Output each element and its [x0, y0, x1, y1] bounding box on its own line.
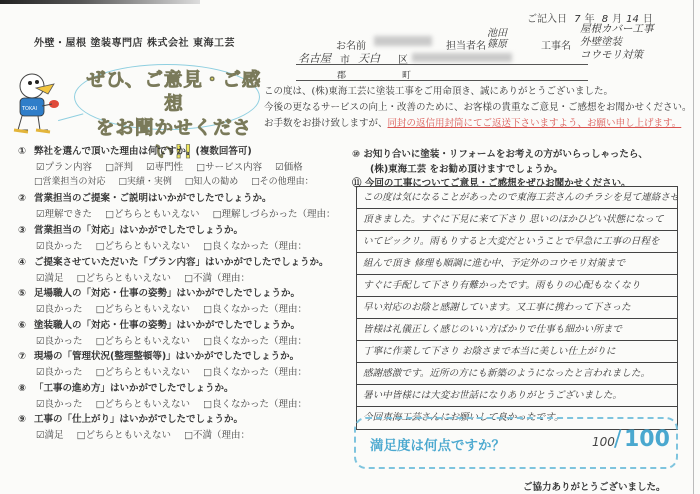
q6-options: ☑良かった □どちらともいえない □良くなかった（理由： [36, 333, 317, 347]
q4-opt-1[interactable]: ☑満足 [36, 273, 64, 284]
q3-opt-2[interactable]: □どちらともいえない [96, 241, 190, 252]
q10-num: ⑩ [352, 149, 360, 160]
q9-opt-1[interactable]: ☑満足 [36, 430, 64, 441]
question-9: ⑨工事の「仕上がり」はいかがでしたでしょうか。 [18, 411, 243, 425]
satisfaction-question: 満足度は何点ですか？ [370, 434, 505, 454]
q5-text: 足場職人の「対応・仕事の姿勢」はいかがでしたでしょうか。 [34, 288, 300, 299]
q3-opt-1[interactable]: ☑良かった [36, 241, 83, 252]
q10-line-1: お知り合いに塗装・リフォームをお考えの方がいらっしゃったら、 [363, 149, 648, 160]
question-5: ⑤足場職人の「対応・仕事の姿勢」はいかがでしたでしょうか。 [18, 285, 300, 299]
intro-line-1: この度は、(株)東海工芸に塗装工事をご用命頂き、誠にありがとうございました。 [264, 84, 692, 100]
svg-text:TOKAI: TOKAI [21, 106, 37, 112]
q1-opt-referral[interactable]: □知人の勧め [185, 177, 239, 187]
intro-line-3: お手数をお掛け致しますが、同封の返信用封筒にてご返送下さいますよう、お願い申し上… [264, 116, 692, 132]
q7-opt-2[interactable]: □どちらともいえない [96, 367, 190, 378]
banner-line-1: ぜひ、ご意見・ご感想 [84, 69, 264, 117]
q5-opt-3[interactable]: □良くなかった（理由： [203, 304, 307, 315]
duck-mascot-icon: TOKAI [8, 68, 68, 136]
return-envelope-note: 同封の返信用封筒にてご返送下さいますよう、お願い申し上げます。 [388, 118, 682, 129]
q6-opt-1[interactable]: ☑良かった [36, 336, 83, 347]
q8-text: 「工事の進め方」はいかがでしたでしょうか。 [34, 383, 234, 394]
q7-options: ☑良かった □どちらともいえない □良くなかった（理由： [36, 364, 317, 378]
q2-opt-2[interactable]: □どちらともいえない [105, 209, 199, 220]
work-label: 工事名 [541, 37, 571, 52]
q6-opt-2[interactable]: □どちらともいえない [96, 336, 190, 347]
comment-line: 組んで頂き 修理も順調に進む中、予定外のコウモリ対策まで [357, 253, 677, 275]
q6-num: ⑥ [18, 320, 34, 331]
q9-opt-3[interactable]: □不満（理由： [184, 430, 250, 441]
q1-opt-plan[interactable]: ☑プラン内容 [36, 162, 92, 173]
q4-text: ご提案させていただいた「プラン内容」はいかがでしたでしょうか。 [34, 257, 329, 268]
q8-opt-3[interactable]: □良くなかった（理由： [203, 399, 307, 410]
q1-options: ☑プラン内容 □評判 ☑専門性 □サービス内容 ☑価格 [36, 159, 313, 173]
comment-line: すぐに手配して下さり有難かったです。雨もりの心配もなくなり [357, 275, 677, 297]
q1-opt-record[interactable]: □実績・実例 [118, 177, 172, 187]
comment-line: 丁寧に作業して下さり お陰さまで本当に美しい仕上がりに [357, 341, 677, 363]
thanks-footer: ご協力ありがとうございました。 [523, 479, 666, 493]
staff-names: 池田 篠原 [487, 28, 507, 50]
page-edge-line [693, 0, 694, 494]
q5-opt-1[interactable]: ☑良かった [36, 304, 83, 315]
q1-options-2: □営業担当の対応 □実績・実例 □知人の勧め □その他理由： [34, 174, 324, 187]
q2-num: ② [18, 193, 34, 204]
redacted-name [374, 36, 432, 46]
question-7: ⑦現場の「管理状況(整理整頓等)」はいかがでしたでしょうか。 [18, 348, 299, 362]
q7-num: ⑦ [18, 351, 34, 362]
q5-opt-2[interactable]: □どちらともいえない [96, 304, 190, 315]
address-underline [296, 64, 588, 65]
q1-opt-reputation[interactable]: □評判 [105, 162, 133, 173]
comment-line: 暑い中皆様には大変お世話になりありがとうございました。 [357, 385, 677, 407]
q3-opt-3[interactable]: □良くなかった（理由： [203, 241, 307, 252]
intro-text: この度は、(株)東海工芸に塗装工事をご用命頂き、誠にありがとうございました。 今… [264, 84, 692, 132]
comment-line: 早い対応のお陰と感謝しています。又工事に携わって下さった [357, 297, 677, 319]
banner-line-2: をお聞かせください!! [84, 117, 264, 165]
comment-line: 頂きました。すぐに下見に来て下さり 思いのほかひどい状態になって [357, 209, 677, 231]
q4-opt-2[interactable]: □どちらともいえない [77, 273, 171, 284]
question-4: ④ご提案させていただいた「プラン内容」はいかがでしたでしょうか。 [18, 254, 329, 268]
q1-opt-other[interactable]: □その他理由： [251, 177, 314, 187]
staff-name-2: 篠原 [487, 39, 507, 50]
company-brand: 外壁・屋根 塗装専門店 株式会社 東海工芸 [34, 34, 235, 49]
question-8: ⑧「工事の進め方」はいかがでしたでしょうか。 [18, 380, 234, 394]
satisfaction-score-box: 満足度は何点ですか？ 100 / 100 [354, 417, 678, 469]
question-10: ⑩ お知り合いに塗装・リフォームをお考えの方がいらっしゃったら、 [352, 146, 648, 160]
comment-line: 皆様は礼儀正しく感じのいい方ばかりで仕事も細かい所まで [357, 319, 677, 341]
q3-text: 営業担当の「対応」はいかがでしたでしょうか。 [34, 225, 243, 236]
q8-num: ⑧ [18, 383, 34, 394]
staff-name-1: 池田 [487, 28, 507, 39]
q9-text: 工事の「仕上がり」はいかがでしたでしょうか。 [34, 414, 243, 425]
q9-num: ⑨ [18, 414, 34, 425]
q1-opt-price[interactable]: ☑価格 [275, 162, 303, 173]
comment-line: いてビックリ。雨もりすると大変だということで早急に工事の日程を [357, 231, 677, 253]
q5-options: ☑良かった □どちらともいえない □良くなかった（理由： [36, 301, 317, 315]
comment-line: この度は気になることがあったので東海工芸さんのチラシを見て連絡させて [357, 187, 677, 209]
question-1: ①弊社を選んで頂いた理由は何ですか。(複数回答可) [18, 143, 252, 157]
comment-line: 感謝感激です。近所の方にも新築のようになったと言われました。 [357, 363, 677, 385]
q9-opt-2[interactable]: □どちらともいえない [77, 430, 171, 441]
q1-num: ① [18, 146, 34, 157]
q8-opt-2[interactable]: □どちらともいえない [96, 399, 190, 410]
q1-opt-service[interactable]: □サービス内容 [196, 162, 262, 173]
staff-label: 担当者名 [446, 37, 486, 52]
q3-options: ☑良かった □どちらともいえない □良くなかった（理由： [36, 238, 317, 252]
q5-num: ⑤ [18, 288, 34, 299]
work-items: 屋根カバー工事 外壁塗装 コウモリ対策 [580, 23, 654, 62]
question-6: ⑥塗装職人の「対応・仕事の姿勢」はいかがでしたでしょうか。 [18, 317, 300, 331]
score-max: 100 [624, 427, 670, 452]
address-underline-2 [296, 80, 588, 81]
intro-line-3-prefix: お手数をお掛け致しますが、 [264, 118, 388, 129]
q2-text: 営業担当のご提案・ご説明はいかがでしたでしょうか。 [34, 193, 272, 204]
q7-opt-3[interactable]: □良くなかった（理由： [203, 367, 307, 378]
q4-options: ☑満足 □どちらともいえない □不満（理由： [36, 270, 260, 284]
q2-opt-3[interactable]: □理解しづらかった（理由： [213, 209, 336, 220]
q6-text: 塗装職人の「対応・仕事の姿勢」はいかがでしたでしょうか。 [34, 320, 300, 331]
q1-text: 弊社を選んで頂いた理由は何ですか。(複数回答可) [34, 146, 252, 157]
q9-options: ☑満足 □どちらともいえない □不満（理由： [36, 427, 260, 441]
q8-opt-1[interactable]: ☑良かった [36, 399, 83, 410]
scan-edge-shadow [0, 0, 200, 4]
q10-line-2: (株)東海工芸 をお勧め頂けますでしょうか。 [370, 161, 563, 175]
date-label: ご記入日 [527, 14, 567, 25]
q4-num: ④ [18, 257, 34, 268]
comment-box[interactable]: この度は気になることがあったので東海工芸さんのチラシを見て連絡させて 頂きました… [356, 186, 678, 430]
satisfaction-value[interactable]: 100 [592, 435, 615, 449]
q6-opt-3[interactable]: □良くなかった（理由： [203, 336, 307, 347]
redacted-address [412, 53, 512, 62]
q2-opt-1[interactable]: ☑理解できた [36, 209, 92, 220]
q7-opt-1[interactable]: ☑良かった [36, 367, 83, 378]
q2-options: ☑理解できた □どちらともいえない □理解しづらかった（理由： [36, 206, 346, 220]
q3-num: ③ [18, 225, 34, 236]
intro-line-2: 今後の更なるサービスの向上・改善のために、お客様の貴重なご意見・ご感想をお聞かせ… [264, 100, 692, 116]
question-2: ②営業担当のご提案・ご説明はいかがでしたでしょうか。 [18, 190, 272, 204]
q1-opt-sales[interactable]: □営業担当の対応 [34, 177, 106, 187]
q4-opt-3[interactable]: □不満（理由： [184, 273, 250, 284]
work-item-3: コウモリ対策 [580, 49, 654, 62]
question-3: ③営業担当の「対応」はいかがでしたでしょうか。 [18, 222, 243, 236]
q1-opt-expertise[interactable]: ☑専門性 [146, 162, 183, 173]
score-slash: / [614, 427, 621, 452]
q7-text: 現場の「管理状況(整理整頓等)」はいかがでしたでしょうか。 [34, 351, 299, 362]
q8-options: ☑良かった □どちらともいえない □良くなかった（理由： [36, 396, 317, 410]
work-item-2: 外壁塗装 [580, 36, 654, 49]
work-item-1: 屋根カバー工事 [580, 23, 654, 36]
